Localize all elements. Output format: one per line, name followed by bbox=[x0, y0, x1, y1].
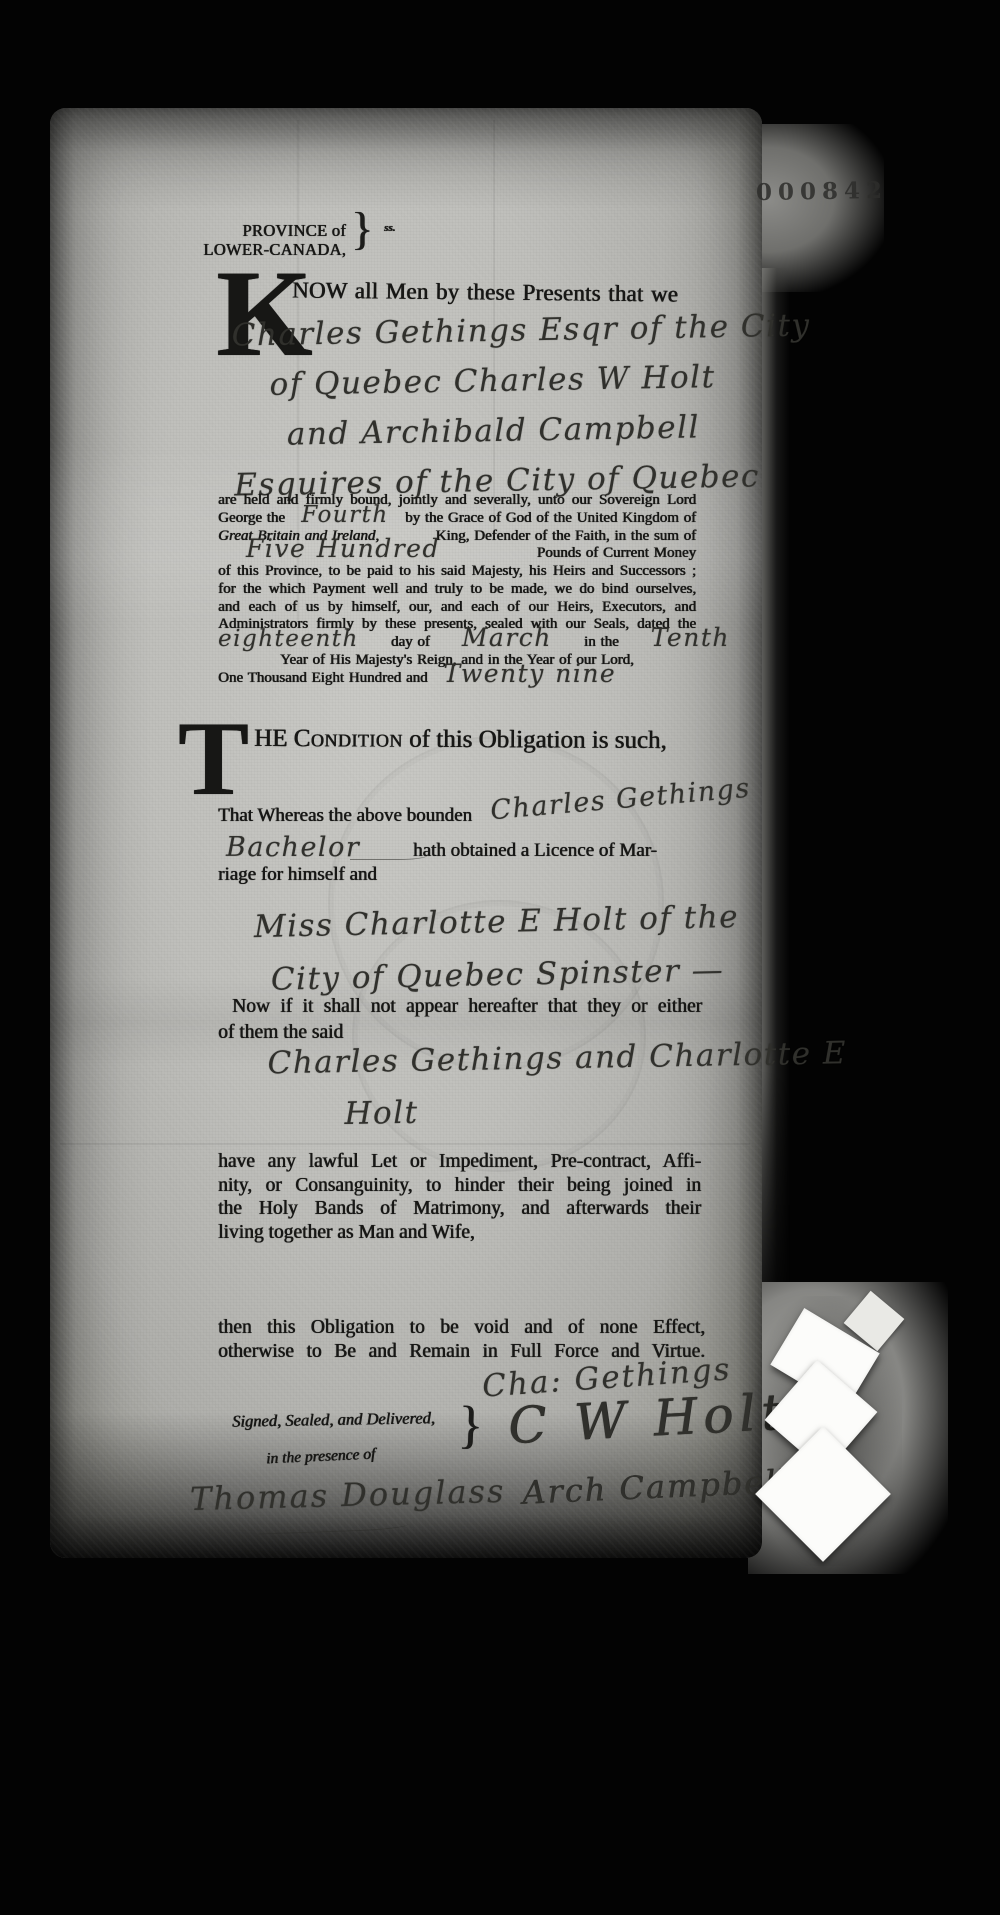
handwritten-fill-year: Twenty nine bbox=[444, 670, 617, 678]
handwritten-line: of Quebec Charles W Holt bbox=[232, 351, 753, 410]
bond-line: and each of us by himself, our, and each… bbox=[218, 599, 696, 617]
bond-line: of this Province, to be paid to his said… bbox=[218, 563, 696, 581]
handwritten-couple: Charles Gethings and Charlotte E Holt bbox=[267, 1029, 769, 1142]
condition-he: HE bbox=[254, 725, 294, 752]
closing-line: then this Obligation to be void and of n… bbox=[218, 1316, 705, 1340]
bond-text: One Thousand Eight Hundred and bbox=[218, 670, 428, 688]
closing-paragraph: then this Obligation to be void and of n… bbox=[218, 1316, 705, 1363]
handwritten-fill-day: eighteenth bbox=[218, 635, 359, 643]
bond-line: Five Hundred Pounds of Current Money bbox=[218, 545, 696, 563]
pen-flourish bbox=[258, 1521, 408, 1534]
condition-word: Condition bbox=[294, 725, 403, 753]
dropcap-T: T bbox=[178, 716, 249, 802]
handwritten-groom-status: Bachelor bbox=[226, 832, 360, 863]
handwritten-line: Charles Gethings and Charlotte E bbox=[267, 1029, 768, 1090]
header-brace: } bbox=[351, 206, 373, 252]
impediment-line: have any lawful Let or Impediment, Pre-c… bbox=[218, 1150, 701, 1174]
handwritten-line: and Archibald Campbell bbox=[233, 401, 754, 460]
handwritten-bride: Miss Charlotte E Holt of the City of Que… bbox=[241, 891, 753, 1008]
condition-rest: of this Obligation is such, bbox=[403, 726, 667, 754]
province-line1: PROVINCE of bbox=[178, 222, 346, 241]
handwritten-fill-regnal-year: Tenth bbox=[651, 634, 730, 642]
attestation-line2: in the presence of bbox=[266, 1446, 376, 1469]
signature-witness-douglass: Thomas Douglass bbox=[190, 1472, 506, 1518]
bond-line: One Thousand Eight Hundred and Twenty ni… bbox=[218, 670, 696, 688]
document-number-stamp: 000842 bbox=[756, 177, 888, 206]
scan-edge-top-right bbox=[758, 124, 884, 292]
impediment-line: the Holy Bands of Matrimony, and afterwa… bbox=[218, 1197, 701, 1221]
handwritten-line: Holt bbox=[344, 1081, 769, 1140]
whereas-line: That Whereas the above bounden bbox=[218, 805, 472, 827]
attestation-line1: Signed, Sealed, and Delivered, bbox=[232, 1408, 435, 1432]
whereas-line: hath obtained a Licence of Mar- bbox=[413, 840, 657, 862]
bond-paragraph: are held and firmly bound, jointly and s… bbox=[218, 492, 696, 687]
bond-line: eighteenth day of March in the Tenth bbox=[218, 634, 730, 652]
scan-edge-right-strip bbox=[758, 268, 792, 1338]
impediment-line: living together as Man and Wife, bbox=[218, 1221, 701, 1245]
handwritten-groom-name: Charles Gethings bbox=[489, 773, 752, 827]
handwritten-fill-regnal-name: Fourth bbox=[301, 511, 388, 519]
microfilm-scan: 000842 PROVINCE of LOWER-CANADA, } ss. K… bbox=[0, 0, 1000, 1915]
handwritten-fill-month: March bbox=[462, 634, 552, 642]
condition-heading: HE Condition of this Obligation is such, bbox=[254, 725, 667, 755]
bond-text: George the bbox=[218, 510, 285, 528]
bond-text: in the bbox=[584, 634, 619, 652]
ss-abbreviation: ss. bbox=[384, 222, 395, 234]
attestation-brace: } bbox=[457, 1400, 484, 1453]
impediment-paragraph: have any lawful Let or Impediment, Pre-c… bbox=[218, 1150, 701, 1244]
bond-line: for the which Payment well and truly to … bbox=[218, 581, 696, 599]
now-line: Now if it shall not appear hereafter tha… bbox=[218, 994, 702, 1020]
impediment-line: nity, or Consanguinity, to hinder their … bbox=[218, 1174, 701, 1198]
whereas-line: riage for himself and bbox=[218, 864, 377, 886]
fold-crease bbox=[60, 1143, 750, 1145]
document-page: 000842 PROVINCE of LOWER-CANADA, } ss. K… bbox=[50, 108, 762, 1558]
handwritten-fill-sum: Five Hundred bbox=[246, 545, 440, 553]
bond-line: George the Fourth by the Grace of God of… bbox=[218, 510, 696, 528]
bond-text: Pounds of Current Money bbox=[537, 545, 696, 563]
handwritten-line: Charles Gethings Esqr of the City bbox=[231, 301, 752, 360]
bond-text: day of bbox=[391, 634, 430, 652]
signature-campbell: Arch Campbell bbox=[521, 1462, 790, 1512]
handwritten-parties: Charles Gethings Esqr of the City of Que… bbox=[231, 301, 754, 510]
bond-line: are held and firmly bound, jointly and s… bbox=[218, 492, 696, 510]
bond-text: King, Defender of the Faith, in the sum … bbox=[436, 528, 696, 546]
bond-text: by the Grace of God of the United Kingdo… bbox=[405, 510, 696, 528]
